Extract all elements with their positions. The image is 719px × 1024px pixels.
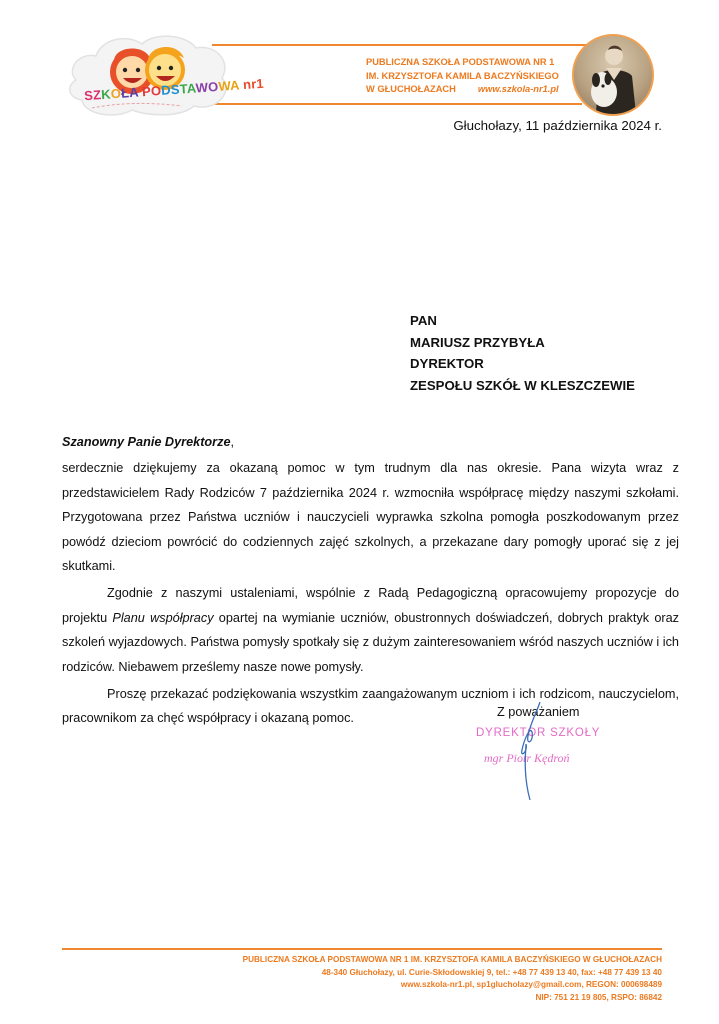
logo-letter: DS bbox=[161, 82, 180, 98]
letter-date: Głuchołazy, 11 października 2024 r. bbox=[453, 118, 662, 133]
footer-school-name: PUBLICZNA SZKOŁA PODSTAWOWA NR 1 IM. KRZ… bbox=[243, 954, 662, 967]
recipient-institution: ZESPOŁU SZKÓŁ W KLESZCZEWIE bbox=[410, 375, 635, 397]
school-logo: SZKOŁA PODSTAWOWA nr1 bbox=[62, 30, 232, 120]
logo-letter: WO bbox=[195, 79, 219, 96]
letter-body: Szanowny Panie Dyrektorze, serdecznie dz… bbox=[62, 430, 679, 731]
school-town: W GŁUCHOŁAZACH bbox=[366, 84, 456, 94]
header-top-rule bbox=[212, 44, 590, 46]
handwritten-signature-icon bbox=[500, 700, 560, 805]
logo-letter: ŁA bbox=[121, 84, 143, 100]
patron-portrait-icon bbox=[572, 34, 654, 116]
paragraph-1: serdecznie dziękujemy za okazaną pomoc w… bbox=[62, 456, 679, 578]
school-website-link[interactable]: www.szkola-nr1.pl bbox=[478, 84, 559, 94]
recipient-title: PAN bbox=[410, 310, 635, 332]
footer-contact-block: PUBLICZNA SZKOŁA PODSTAWOWA NR 1 IM. KRZ… bbox=[243, 954, 662, 1004]
school-name-line-3: W GŁUCHOŁAZACHwww.szkola-nr1.pl bbox=[366, 83, 559, 97]
recipient-name: MARIUSZ PRZYBYŁA bbox=[410, 332, 635, 354]
paragraph-3: Proszę przekazać podziękowania wszystkim… bbox=[62, 682, 679, 731]
footer-address: 48-340 Głuchołazy, ul. Curie-Skłodowskie… bbox=[243, 967, 662, 980]
footer-rule bbox=[62, 948, 662, 950]
recipient-position: DYREKTOR bbox=[410, 353, 635, 375]
salutation: Szanowny Panie Dyrektorze, bbox=[62, 430, 679, 454]
logo-letter: PO bbox=[142, 83, 162, 99]
footer-nip-rspo: NIP: 751 21 19 805, RSPO: 86842 bbox=[243, 992, 662, 1005]
project-name: Planu współpracy bbox=[112, 611, 213, 625]
school-name-block: PUBLICZNA SZKOŁA PODSTAWOWA NR 1 IM. KRZ… bbox=[366, 56, 559, 97]
logo-letter: SZ bbox=[84, 87, 102, 103]
footer-web-email-regon: www.szkola-nr1.pl, sp1glucholazy@gmail.c… bbox=[243, 979, 662, 992]
recipient-block: PAN MARIUSZ PRZYBYŁA DYREKTOR ZESPOŁU SZ… bbox=[410, 310, 635, 396]
logo-letter: TA bbox=[179, 81, 196, 97]
school-name-line-2: IM. KRZYSZTOFA KAMILA BACZYŃSKIEGO bbox=[366, 70, 559, 84]
school-logo-kids-icon bbox=[62, 30, 232, 120]
logo-letter: WA bbox=[218, 77, 244, 94]
paragraph-2: Zgodnie z naszymi ustaleniami, wspólnie … bbox=[62, 581, 679, 679]
header-bottom-rule bbox=[212, 103, 582, 105]
school-name-line-1: PUBLICZNA SZKOŁA PODSTAWOWA NR 1 bbox=[366, 56, 559, 70]
logo-letter: nr1 bbox=[242, 76, 264, 92]
